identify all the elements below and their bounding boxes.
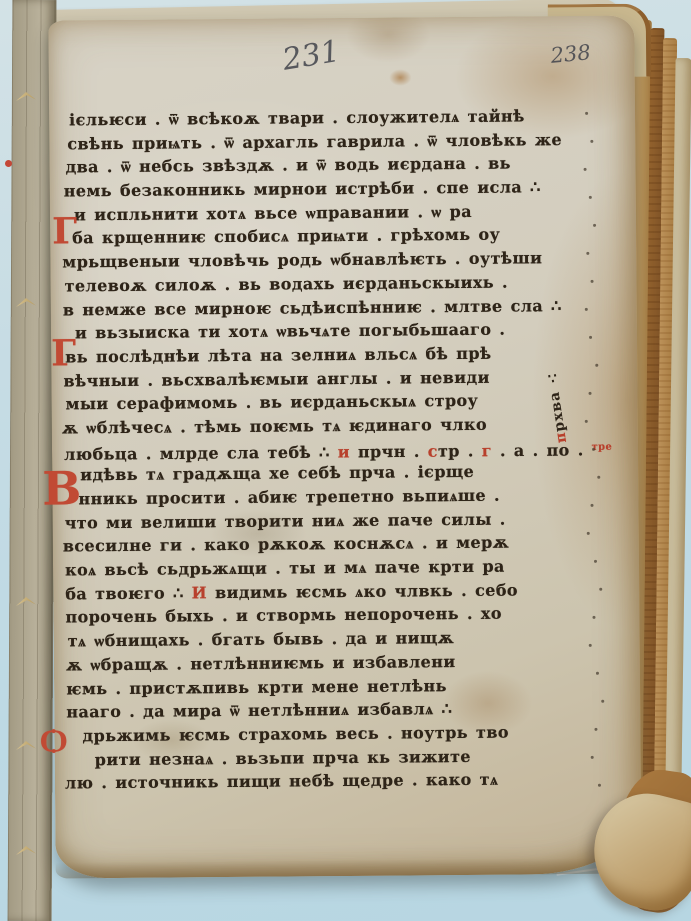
text-block: ієльѥси . ѿ всѣкоѫ твари . слоужителѧ та… (59, 104, 631, 796)
pricking-hole (589, 196, 592, 199)
body-text: рити незнаѧ . вьзьпи прча кь зижите (95, 746, 471, 768)
body-text: ѫ ѡблѣчесѧ . тѣмь поѥмь тѧ ѥдинаго члко (62, 415, 487, 438)
body-text: в немже все мирноѥ сьдѣиспѣнниѥ . млтве … (63, 296, 562, 319)
body-text: немь безаконникь мирнои истрѣби . спе ис… (64, 177, 541, 200)
pricking-hole (584, 168, 587, 171)
body-text: порочень быхь . и створмь непорочень . х… (65, 604, 502, 627)
pricking-hole (594, 728, 597, 731)
pricking-hole (585, 308, 588, 311)
body-text: два . ѿ небсь звѣздѫ . и ѿ водь иєрдана … (65, 154, 511, 177)
rubric-text: и (338, 442, 350, 461)
body-text: вь послѣднѣи лѣта на зелниѧ вльсѧ бѣ прѣ (65, 344, 491, 367)
illuminated-initial: В (42, 468, 81, 509)
body-text: и испльнити хотѧ вьсе ѡправании . ѡ ра (74, 202, 472, 224)
body-text: и вьзыиска ти хотѧ ѡвьчѧте погыбьшааго . (75, 320, 506, 343)
body-text: лю . источникь пищи небѣ щедре . како тѧ (65, 770, 499, 793)
pricking-hole (598, 784, 601, 787)
body-text: любьца . млрде сла тебѣ ∴ (64, 442, 338, 463)
folio-number-right: 238 (550, 40, 592, 68)
pricking-hole (592, 448, 595, 451)
manuscript-page: 231 238 ієльѥси . ѿ всѣкоѫ твари . слоуж… (48, 15, 641, 878)
pricking-hole (590, 140, 593, 143)
pricking-hole (585, 112, 588, 115)
manuscript-photo: 231 238 ієльѥси . ѿ всѣкоѫ твари . слоуж… (0, 0, 691, 921)
illuminated-initial: Ѻ (40, 726, 67, 754)
pricking-hole (591, 280, 594, 283)
rubric-text: И (192, 583, 208, 602)
body-text: . а . по . (492, 440, 592, 460)
body-text: ба крщенниѥ спобисѧ приѩти . грѣхомь оу (72, 225, 500, 248)
body-text: тѧ ѡбнищахь . бгать бывь . да и нищѫ (68, 628, 455, 650)
pricking-hole (591, 504, 594, 507)
pricking-hole (592, 616, 595, 619)
pricking-hole (591, 756, 594, 759)
body-text: видимь ѥсмь ѧко члвкь . себо (207, 580, 518, 602)
body-text: всесилне ги . како рѫкоѫ коснѫсѧ . и мер… (63, 533, 509, 556)
rubric-text: тре (592, 441, 613, 452)
body-text: прчн . (350, 441, 428, 461)
body-text: дрьжимь ѥсмь страхомь весь . ноутрь тво (82, 722, 509, 745)
pricking-hole (585, 420, 588, 423)
folio-number-center: 231 (280, 34, 342, 78)
body-text: ѫ ѡбращѫ . нетлѣнниѥмь и избавлени (66, 652, 456, 674)
body-text: мыи серафимомь . вь иєрданьскыѧ строу (66, 391, 479, 414)
body-text: телевоѫ силоѫ . вь водахь иєрданьскыихь … (64, 272, 508, 295)
body-text: нникь просити . абиѥ трепетно вьпиѧше . (78, 486, 500, 509)
manuscript-line: мрьщвеныи чловѣчь родь ѡбнавлѣѥть . оутѣ… (60, 246, 626, 275)
body-text: коѧ вьсѣ сьдрьжѧщи . ты и мѧ паче крти р… (65, 557, 505, 580)
body-text: ієльѥси . ѿ всѣкоѫ твари . слоужителѧ та… (69, 106, 525, 129)
illuminated-initial: Г (51, 338, 76, 370)
pricking-hole (594, 560, 597, 563)
pricking-hole (589, 336, 592, 339)
pricking-hole (595, 364, 598, 367)
body-text: свѣнь приѩть . ѿ архагль гаврила . ѿ чло… (67, 130, 562, 153)
pricking-hole (587, 532, 590, 535)
pricking-hole (589, 644, 592, 647)
body-text: тр . (438, 441, 482, 460)
body-text: идѣвь тѧ градѫща хе себѣ прча . ієрще (80, 462, 474, 484)
pricking-hole (601, 700, 604, 703)
body-text: ѥмь . пристѫпивь крти мене нетлѣнь (66, 676, 447, 698)
body-text: ба твоѥго ∴ (65, 583, 191, 603)
body-text: вѣчныи . вьсхвалѣѥмыи англы . и невиди (63, 367, 490, 390)
margin-red-dot (5, 160, 12, 167)
pricking-hole (599, 588, 602, 591)
pricking-hole (593, 224, 596, 227)
pricking-hole (589, 392, 592, 395)
body-text: мрьщвеныи чловѣчь родь ѡбнавлѣѥть . оутѣ… (62, 248, 542, 271)
body-text: нааго . да мира ѿ нетлѣнниѧ избавлѧ ∴ (66, 699, 452, 721)
rubric-text: г (482, 441, 492, 460)
rubric-text: с (428, 441, 438, 460)
manuscript-line: лю . источникь пищи небѣ щедре . како тѧ (65, 767, 631, 796)
pricking-hole (597, 476, 600, 479)
pricking-hole (596, 672, 599, 675)
body-text: что ми велиши творити ниѧ же паче силы . (65, 509, 506, 532)
illuminated-initial: Г (52, 216, 77, 248)
pricking-hole (586, 252, 589, 255)
